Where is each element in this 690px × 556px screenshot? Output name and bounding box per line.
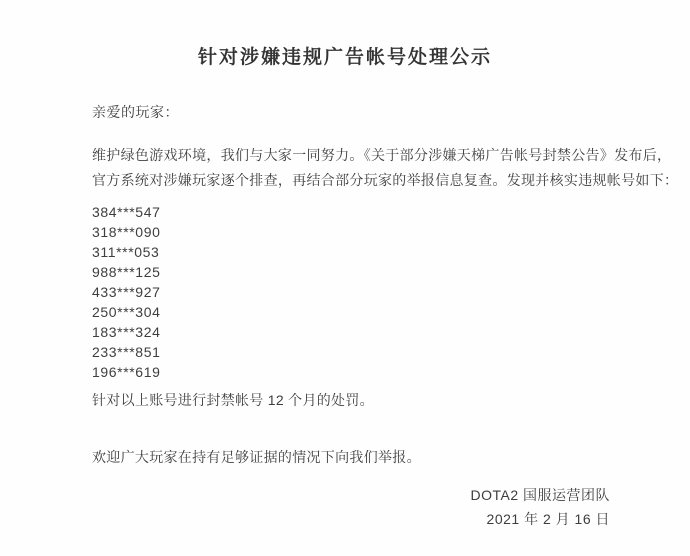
body-paragraph-line-1: 维护绿色游戏环境，我们与大家一同努力。《关于部分涉嫌天梯广告帐号封禁公告》发布后… [92,145,688,165]
account-number: 196***619 [92,362,160,382]
signature-date: 2021 年 2 月 16 日 [470,507,610,531]
account-number: 250***304 [92,302,160,322]
account-number: 311***053 [92,242,160,262]
greeting-text: 亲爱的玩家： [92,102,179,122]
signature-team: DOTA2 国服运营团队 [470,483,610,507]
page-title: 针对涉嫌违规广告帐号处理公示 [0,42,690,69]
account-number: 433***927 [92,282,160,302]
report-invitation: 欢迎广大玩家在持有足够证据的情况下向我们举报。 [92,447,421,467]
account-number: 183***324 [92,322,160,342]
announcement-document: 针对涉嫌违规广告帐号处理公示 亲爱的玩家： 维护绿色游戏环境，我们与大家一同努力… [0,0,690,556]
account-number: 384***547 [92,202,160,222]
penalty-statement: 针对以上账号进行封禁帐号 12 个月的处罚。 [92,390,374,410]
account-number: 318***090 [92,222,160,242]
body-paragraph-line-2: 官方系统对涉嫌玩家逐个排查，再结合部分玩家的举报信息复查。发现并核实违规帐号如下… [92,170,688,190]
account-number: 988***125 [92,262,160,282]
signature-block: DOTA2 国服运营团队 2021 年 2 月 16 日 [470,483,610,531]
banned-account-list: 384***547318***090311***053988***125433*… [92,202,160,382]
account-number: 233***851 [92,342,160,362]
